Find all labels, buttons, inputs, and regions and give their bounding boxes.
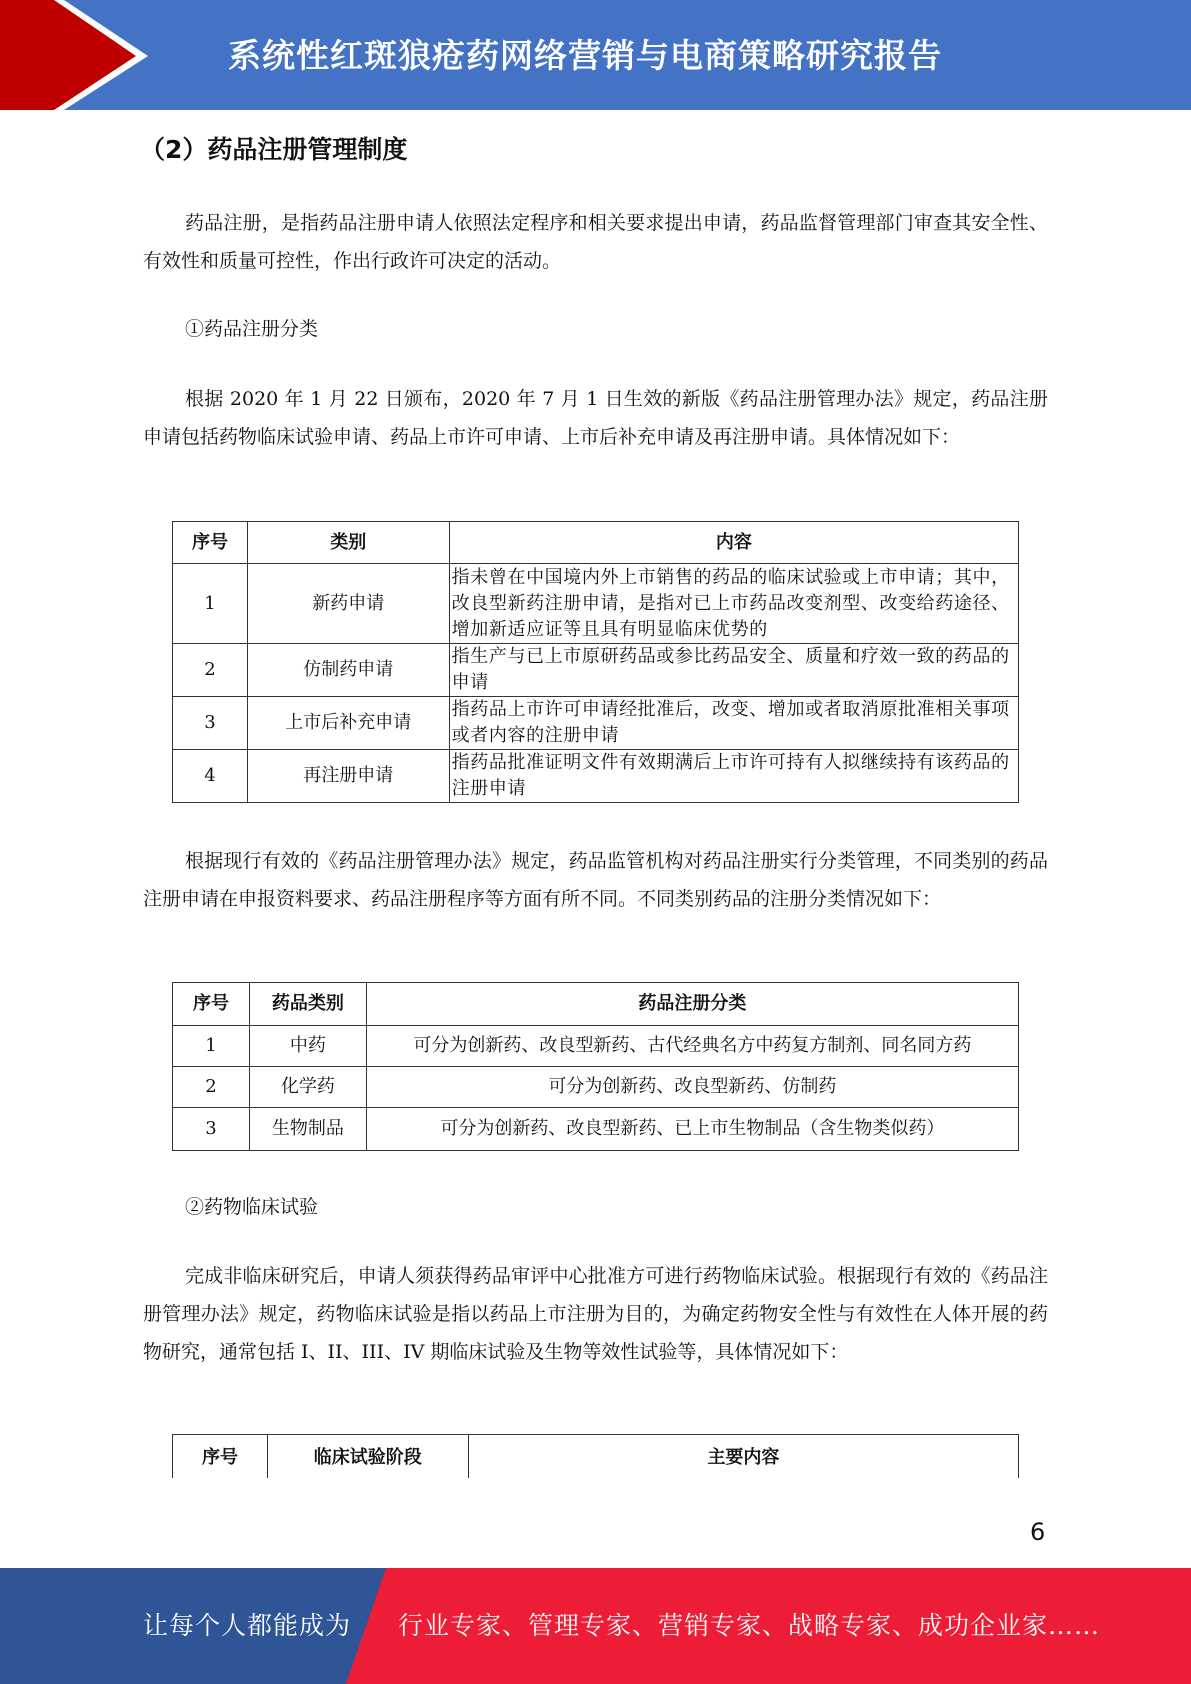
drug-category-table: 序号 药品类别 药品注册分类 1 中药 可分为创新药、改良型新药、古代经典名方中… [172, 982, 1019, 1151]
cell-content: 指生产与已上市原研药品或参比药品安全、质量和疗效一致的药品的申请 [449, 644, 1018, 697]
classification-paragraph: 根据现行有效的《药品注册管理办法》规定，药品监管机构对药品注册实行分类管理，不同… [143, 842, 1048, 918]
column-header-no: 序号 [173, 522, 248, 564]
intro-paragraph: 药品注册，是指药品注册申请人依照法定程序和相关要求提出申请，药品监督管理部门审查… [143, 204, 1048, 280]
column-header-no: 序号 [173, 1435, 268, 1479]
table-header-row: 序号 类别 内容 [173, 522, 1019, 564]
cell-category: 中药 [249, 1026, 366, 1067]
footer-slogan-left: 让每个人都能成为 [143, 1606, 351, 1642]
cell-classification: 可分为创新药、改良型新药、古代经典名方中药复方制剂、同名同方药 [366, 1026, 1018, 1067]
column-header-main-content: 主要内容 [468, 1435, 1018, 1479]
cell-no: 3 [173, 1108, 250, 1151]
cell-no: 4 [173, 750, 248, 803]
footer-slogan-right: 行业专家、管理专家、营销专家、战略专家、成功企业家…… [398, 1606, 1100, 1642]
cell-no: 1 [173, 564, 248, 644]
report-header: 系统性红斑狼疮药网络营销与电商策略研究报告 [0, 0, 1191, 110]
column-header-category: 类别 [247, 522, 449, 564]
subheading-clinical-trials: ②药物临床试验 [185, 1188, 318, 1226]
column-header-registration-class: 药品注册分类 [366, 983, 1018, 1026]
table-row: 3 生物制品 可分为创新药、改良型新药、已上市生物制品（含生物类似药） [173, 1108, 1019, 1151]
cell-no: 2 [173, 1067, 250, 1108]
column-header-drug-category: 药品类别 [249, 983, 366, 1026]
table-row: 1 中药 可分为创新药、改良型新药、古代经典名方中药复方制剂、同名同方药 [173, 1026, 1019, 1067]
column-header-no: 序号 [173, 983, 250, 1026]
table-header-row: 序号 临床试验阶段 主要内容 [173, 1435, 1019, 1479]
cell-classification: 可分为创新药、改良型新药、仿制药 [366, 1067, 1018, 1108]
chevron-arrow-icon [0, 0, 160, 110]
report-title: 系统性红斑狼疮药网络营销与电商策略研究报告 [228, 28, 942, 84]
cell-category: 化学药 [249, 1067, 366, 1108]
section-heading: （2）药品注册管理制度 [140, 130, 407, 166]
table-row: 4 再注册申请 指药品批准证明文件有效期满后上市许可持有人拟继续持有该药品的注册… [173, 750, 1019, 803]
page-number: 6 [1030, 1518, 1045, 1546]
table-row: 2 仿制药申请 指生产与已上市原研药品或参比药品安全、质量和疗效一致的药品的申请 [173, 644, 1019, 697]
cell-category: 再注册申请 [247, 750, 449, 803]
cell-category: 生物制品 [249, 1108, 366, 1151]
subheading-registration-classification: ①药品注册分类 [185, 310, 318, 348]
table-row: 3 上市后补充申请 指药品上市许可申请经批准后，改变、增加或者取消原批准相关事项… [173, 697, 1019, 750]
column-header-content: 内容 [449, 522, 1018, 564]
clinical-trial-table-clip: 序号 临床试验阶段 主要内容 [172, 1434, 1020, 1478]
table-header-row: 序号 药品类别 药品注册分类 [173, 983, 1019, 1026]
clinical-trial-table: 序号 临床试验阶段 主要内容 [172, 1434, 1019, 1478]
cell-category: 仿制药申请 [247, 644, 449, 697]
cell-content: 指未曾在中国境内外上市销售的药品的临床试验或上市申请；其中，改良型新药注册申请，… [449, 564, 1018, 644]
cell-no: 1 [173, 1026, 250, 1067]
cell-content: 指药品批准证明文件有效期满后上市许可持有人拟继续持有该药品的注册申请 [449, 750, 1018, 803]
cell-category: 新药申请 [247, 564, 449, 644]
table-row: 1 新药申请 指未曾在中国境内外上市销售的药品的临床试验或上市申请；其中，改良型… [173, 564, 1019, 644]
cell-no: 3 [173, 697, 248, 750]
registration-paragraph: 根据 2020 年 1 月 22 日颁布，2020 年 7 月 1 日生效的新版… [143, 380, 1048, 456]
table-row: 2 化学药 可分为创新药、改良型新药、仿制药 [173, 1067, 1019, 1108]
clinical-trials-paragraph: 完成非临床研究后，申请人须获得药品审评中心批准方可进行药物临床试验。根据现行有效… [143, 1257, 1048, 1371]
cell-no: 2 [173, 644, 248, 697]
column-header-trial-phase: 临床试验阶段 [267, 1435, 468, 1479]
footer-banner: 让每个人都能成为 行业专家、管理专家、营销专家、战略专家、成功企业家…… [0, 1568, 1191, 1684]
registration-types-table: 序号 类别 内容 1 新药申请 指未曾在中国境内外上市销售的药品的临床试验或上市… [172, 521, 1019, 803]
cell-category: 上市后补充申请 [247, 697, 449, 750]
cell-content: 指药品上市许可申请经批准后，改变、增加或者取消原批准相关事项或者内容的注册申请 [449, 697, 1018, 750]
cell-classification: 可分为创新药、改良型新药、已上市生物制品（含生物类似药） [366, 1108, 1018, 1151]
